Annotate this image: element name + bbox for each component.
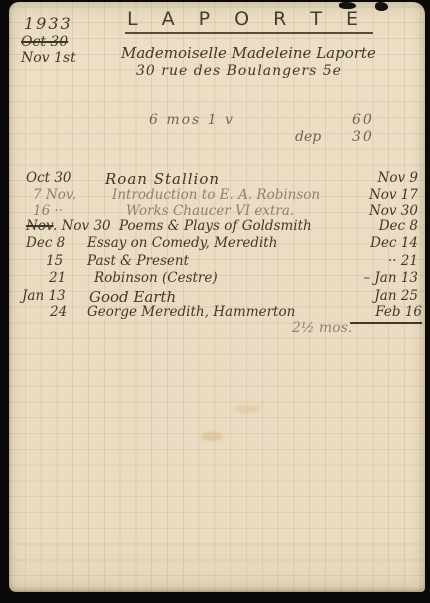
book-title: Roan Stallion — [105, 170, 220, 188]
crossed-out-date: Oct 30 — [21, 34, 68, 50]
card-holder-name-header: L A P O R T E — [125, 8, 373, 34]
year-label: 1933 — [24, 14, 73, 33]
checkout-date: 16 ·· — [33, 203, 63, 219]
book-title: George Meredith, Hammerton — [87, 304, 295, 320]
member-name: Mademoiselle Madeleine Laporte — [121, 44, 376, 62]
return-date: Dec 14 — [354, 235, 418, 251]
paper-stain — [234, 405, 260, 413]
ledger-row: Dec 8 Essay on Comedy, Meredith Dec 14 — [9, 235, 425, 252]
ledger-row: 7 Nov. Introduction to E. A. Robinson No… — [9, 187, 425, 204]
subscription-start-date: Nov 1st — [21, 50, 76, 66]
return-date: Dec 8 — [354, 218, 418, 234]
deposit-label: dep — [295, 129, 321, 145]
return-date: ·· 21 — [354, 253, 418, 269]
ledger-row: 15 Past & Present ·· 21 — [9, 253, 425, 270]
torn-edge — [0, 515, 7, 541]
return-date: Jan 25 — [354, 288, 418, 304]
subscription-amount: 60 — [352, 112, 374, 128]
ledger-row: Jan 13 Good Earth Jan 25 — [9, 288, 425, 305]
book-title: Poems & Plays of Goldsmith — [119, 218, 312, 234]
torn-edge — [0, 36, 4, 50]
duration-note: 2½ mos. — [292, 320, 352, 336]
library-lending-card: L A P O R T E 1933 Oct 30 Nov 1st Mademo… — [9, 2, 425, 592]
checkout-date: 7 Nov. — [33, 187, 76, 203]
ledger-row: 24 George Meredith, Hammerton Feb 16 — [9, 304, 425, 321]
book-title: Robinson (Cestre) — [94, 270, 218, 286]
book-title: Works Chaucer VI extra. — [126, 203, 294, 219]
ledger-row: 21 Robinson (Cestre) – Jan 13 — [9, 270, 425, 287]
checkout-date: Dec 8 — [26, 235, 65, 251]
book-title: Introduction to E. A. Robinson — [112, 187, 320, 203]
book-title: Past & Present — [87, 253, 189, 269]
return-date: Nov 30 — [354, 203, 418, 219]
checkout-date: 21 — [49, 270, 66, 286]
member-address: 30 rue des Boulangers 5e — [136, 63, 342, 79]
return-date: Nov 17 — [354, 187, 418, 203]
checkout-date: Jan 13 — [22, 288, 66, 304]
ink-smudge — [375, 2, 388, 11]
checkout-date: 24 — [50, 304, 67, 320]
crossed-out-checkout-date: Nov — [26, 218, 54, 234]
return-date: – Jan 13 — [354, 270, 418, 286]
subscription-terms: 6 mos 1 v — [149, 112, 235, 128]
return-date: Feb 16 — [350, 304, 422, 324]
deposit-amount: 30 — [352, 129, 374, 145]
checkout-date: Oct 30 — [26, 170, 72, 186]
checkout-date: 15 — [46, 253, 63, 269]
ledger-row: Nov . Nov 30 Poems & Plays of Goldsmith … — [9, 218, 425, 235]
book-title: Essay on Comedy, Meredith — [87, 235, 277, 251]
checkout-date: . Nov 30 — [53, 218, 111, 234]
return-date: Nov 9 — [354, 170, 418, 186]
paper-stain — [201, 432, 223, 441]
ledger-row: Oct 30 Roan Stallion Nov 9 — [9, 170, 425, 187]
